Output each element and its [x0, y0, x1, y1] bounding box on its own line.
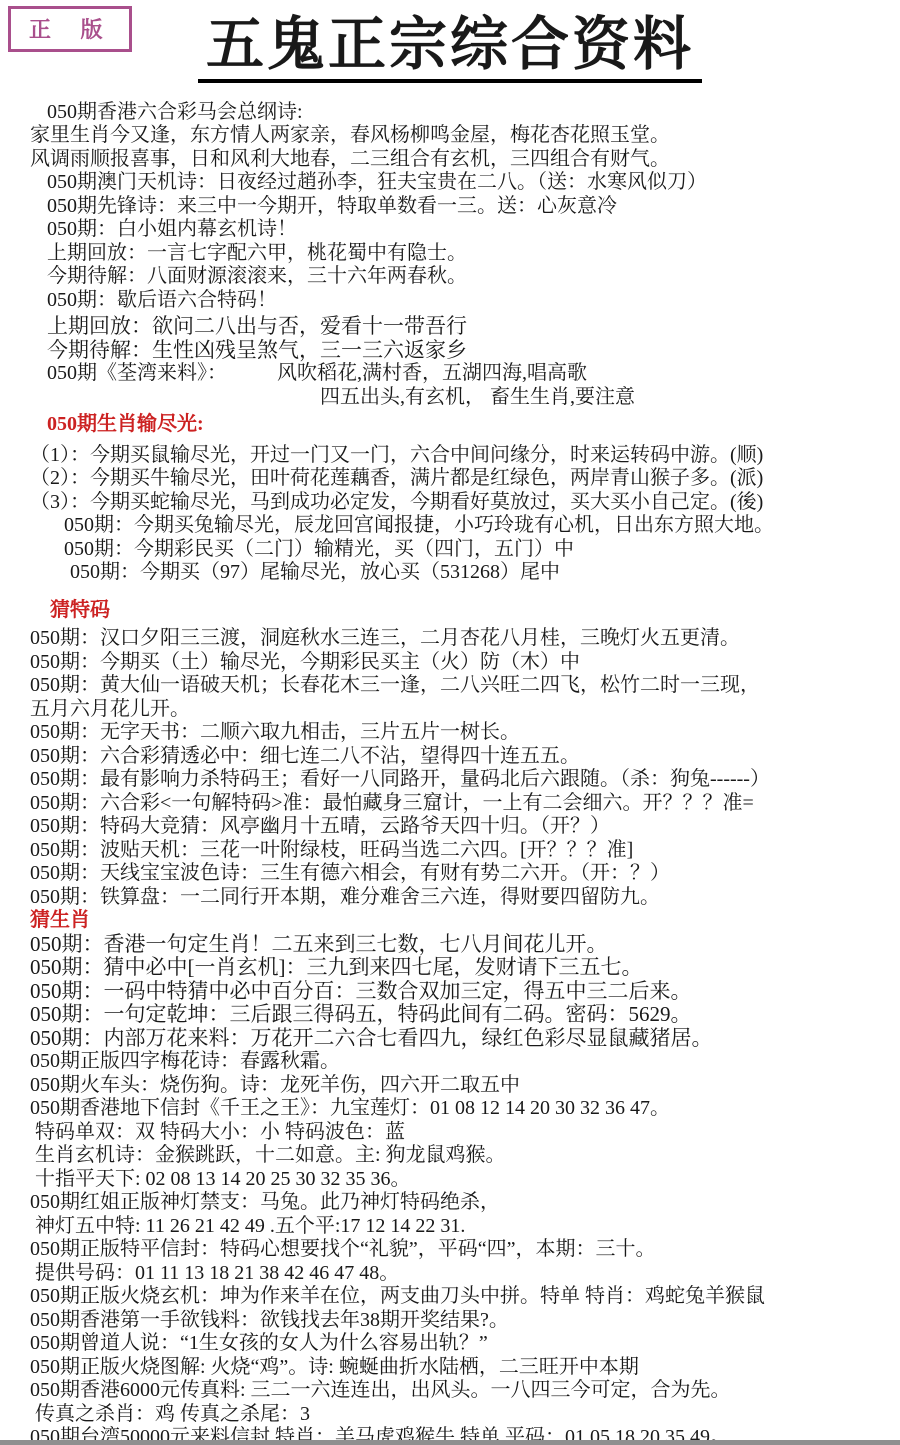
text-line: （3）：今期买蛇输尽光，马到成功必定发，今期看好莫放过，买大买小自己定。(後) [30, 491, 898, 515]
text-line: 050期：最有影响力杀特码王；看好一八同路开，量码北后六跟随。（杀：狗兔----… [30, 768, 898, 792]
text-line: 050期香港6000元传真料: 三二一六连连出，出风头。一八四三今可定，合为先。 [30, 1379, 898, 1403]
text-line: 传真之杀肖：鸡 传真之杀尾：3 [35, 1403, 898, 1427]
section-heading: 猜生肖 [30, 909, 898, 933]
text-line: 神灯五中特: 11 26 21 42 49 .五个平:17 12 14 22 3… [35, 1215, 898, 1239]
authentic-badge-label: 正 版 [29, 17, 115, 42]
section-heading: 猜特码 [50, 599, 898, 623]
text-line: 050期香港第一手欲钱料：欲钱找去年38期开奖结果?。 [30, 1309, 898, 1333]
lottery-tip-sheet: 正 版 五鬼正宗综合资料 050期香港六合彩马会总纲诗:家里生肖今又逢，东方情人… [0, 0, 900, 1445]
text-line: 十指平天下: 02 08 13 14 20 25 30 32 35 36。 [35, 1168, 898, 1192]
text-line: 050期：一句定乾坤：三后跟三得码五，特码此间有二码。密码：5629。 [30, 1003, 898, 1027]
text-line: 今期待解：生性凶残呈煞气，三一三六返家乡 [47, 339, 898, 363]
text-line: 050期：歇后语六合特码！ [47, 289, 898, 313]
text-line: 050期正版火烧图解: 火烧“鸡”。诗: 蜿蜒曲折水陆栖，二三旺开中本期 [30, 1356, 898, 1380]
text-line: 050期：天线宝宝波色诗：三生有德六相会，有财有势二六开。（开：？） [30, 862, 898, 886]
text-line: 050期：白小姐内幕玄机诗！ [47, 218, 898, 242]
text-line: 050期香港六合彩马会总纲诗: [47, 101, 898, 125]
text-line: 050期：内部万花来料：万花开二六合七看四九，绿红色彩尽显鼠藏猪居。 [30, 1027, 898, 1051]
text-line: 050期香港地下信封《千王之王》：九宝莲灯：01 08 12 14 20 30 … [30, 1097, 898, 1121]
text-line: （2）：今期买牛输尽光，田叶荷花莲藕香，满片都是红绿色，两岸青山猴子多。(派) [30, 467, 898, 491]
text-line: 050期正版火烧玄机：坤为作来羊在位，两支曲刀头中拼。特单 特肖：鸡蛇兔羊猴鼠 [30, 1285, 898, 1309]
text-line: 050期：今期彩民买（二门）输精光，买（四门，五门）中 [64, 538, 898, 562]
text-line: 上期回放：一言七字配六甲，桃花蜀中有隐士。 [47, 242, 898, 266]
text-line: 特码单双：双 特码大小：小 特码波色：蓝 [35, 1121, 898, 1145]
text-line: 050期正版四字梅花诗：春露秋霜。 [30, 1050, 898, 1074]
text-line: 050期曾道人说：“1生女孩的女人为什么容易出轨？” [30, 1332, 898, 1356]
authentic-badge: 正 版 [8, 6, 132, 52]
text-line: 050期：香港一句定生肖！二五来到三七数，七八月间花儿开。 [30, 933, 898, 957]
text-line: 提供号码：01 11 13 18 21 38 42 46 47 48。 [35, 1262, 898, 1286]
text-line: 050期：六合彩<一句解特码>准：最怕藏身三窟计，一上有二会细六。开？？？准= [30, 792, 898, 816]
text-line: 050期正版特平信封：特码心想要找个“礼貌”，平码“四”，本期：三十。 [30, 1238, 898, 1262]
text-line: 050期火车头：烧伤狗。诗：龙死羊伤，四六开二取五中 [30, 1074, 898, 1098]
text-line: 050期先锋诗：来三中一今期开，特取单数看一三。送：心灰意冷 [47, 195, 898, 219]
text-line: 上期回放：欲问二八出与否，爱看十一带吾行 [47, 315, 898, 339]
text-line: 今期待解：八面财源滚滚来，三十六年两春秋。 [47, 265, 898, 289]
text-line: 050期《荃湾来料》： 风吹稻花,满村香，五湖四海,唱高歌 [47, 362, 898, 386]
text-line: 050期：六合彩猜透必中：细七连二八不沾，望得四十连五五。 [30, 745, 898, 769]
text-line: 050期澳门天机诗：日夜经过趙孙李，狂夫宝贵在二八。（送：水寒风似刀） [47, 171, 898, 195]
text-line: 五月六月花儿开。 [30, 698, 898, 722]
text-line: 050期红姐正版神灯禁支：马兔。此乃神灯特码绝杀， [30, 1191, 898, 1215]
text-line: 050期：一码中特猜中必中百分百：三数合双加三定，得五中三二后来。 [30, 980, 898, 1004]
text-line: 050期：猜中必中[一肖玄机]：三九到来四七尾，发财请下三五七。 [30, 956, 898, 980]
text-line: 050期：黄大仙一语破天机；长春花木三一逢，二八兴旺二四飞，松竹二时一三现， [30, 674, 898, 698]
section-heading: 050期生肖输尽光: [47, 413, 898, 437]
text-line: 四五出头,有玄机， 畜生生肖,要注意 [320, 386, 898, 410]
bottom-edge-strip [0, 1440, 900, 1445]
text-line: 050期：铁算盘：一二同行开本期，难分难舍三六连，得财要四留防九。 [30, 886, 898, 910]
text-line: 050期：特码大竞猜：风亭幽月十五晴，云路爷天四十归。（开？） [30, 815, 898, 839]
text-line: 家里生肖今又逢，东方情人两家亲，春风杨柳鸣金屋，梅花杏花照玉堂。 [30, 124, 898, 148]
text-line: 050期：波贴天机：三花一叶附绿枝，旺码当选二六四。[开？？？准] [30, 839, 898, 863]
text-line: 050期：今期买（土）输尽光，今期彩民买主（火）防（木）中 [30, 651, 898, 675]
page-title: 五鬼正宗综合资料 [198, 14, 702, 83]
text-line: 050期：今期买（97）尾输尽光，放心买（531268）尾中 [70, 561, 898, 585]
text-line: 050期：无字天书：二顺六取九相击，三片五片一树长。 [30, 721, 898, 745]
text-line: 风调雨顺报喜事，日和风利大地春，二三组合有玄机，三四组合有财气。 [30, 148, 898, 172]
text-line: 生肖玄机诗：金猴跳跃，十二如意。主: 狗龙鼠鸡猴。 [35, 1144, 898, 1168]
text-line: （1）：今期买鼠输尽光，开过一门又一门，六合中间问缘分，时来运转码中游。(顺) [30, 444, 898, 468]
text-line: 050期：今期买兔输尽光，辰龙回宫闻报捷，小巧玲珑有心机，日出东方照大地。 [64, 514, 898, 538]
text-line: 050期：汉口夕阳三三渡，洞庭秋水三连三，二月杏花八月桂，三晚灯火五更清。 [30, 627, 898, 651]
content-lines: 050期香港六合彩马会总纲诗:家里生肖今又逢，东方情人两家亲，春风杨柳鸣金屋，梅… [0, 89, 900, 1445]
